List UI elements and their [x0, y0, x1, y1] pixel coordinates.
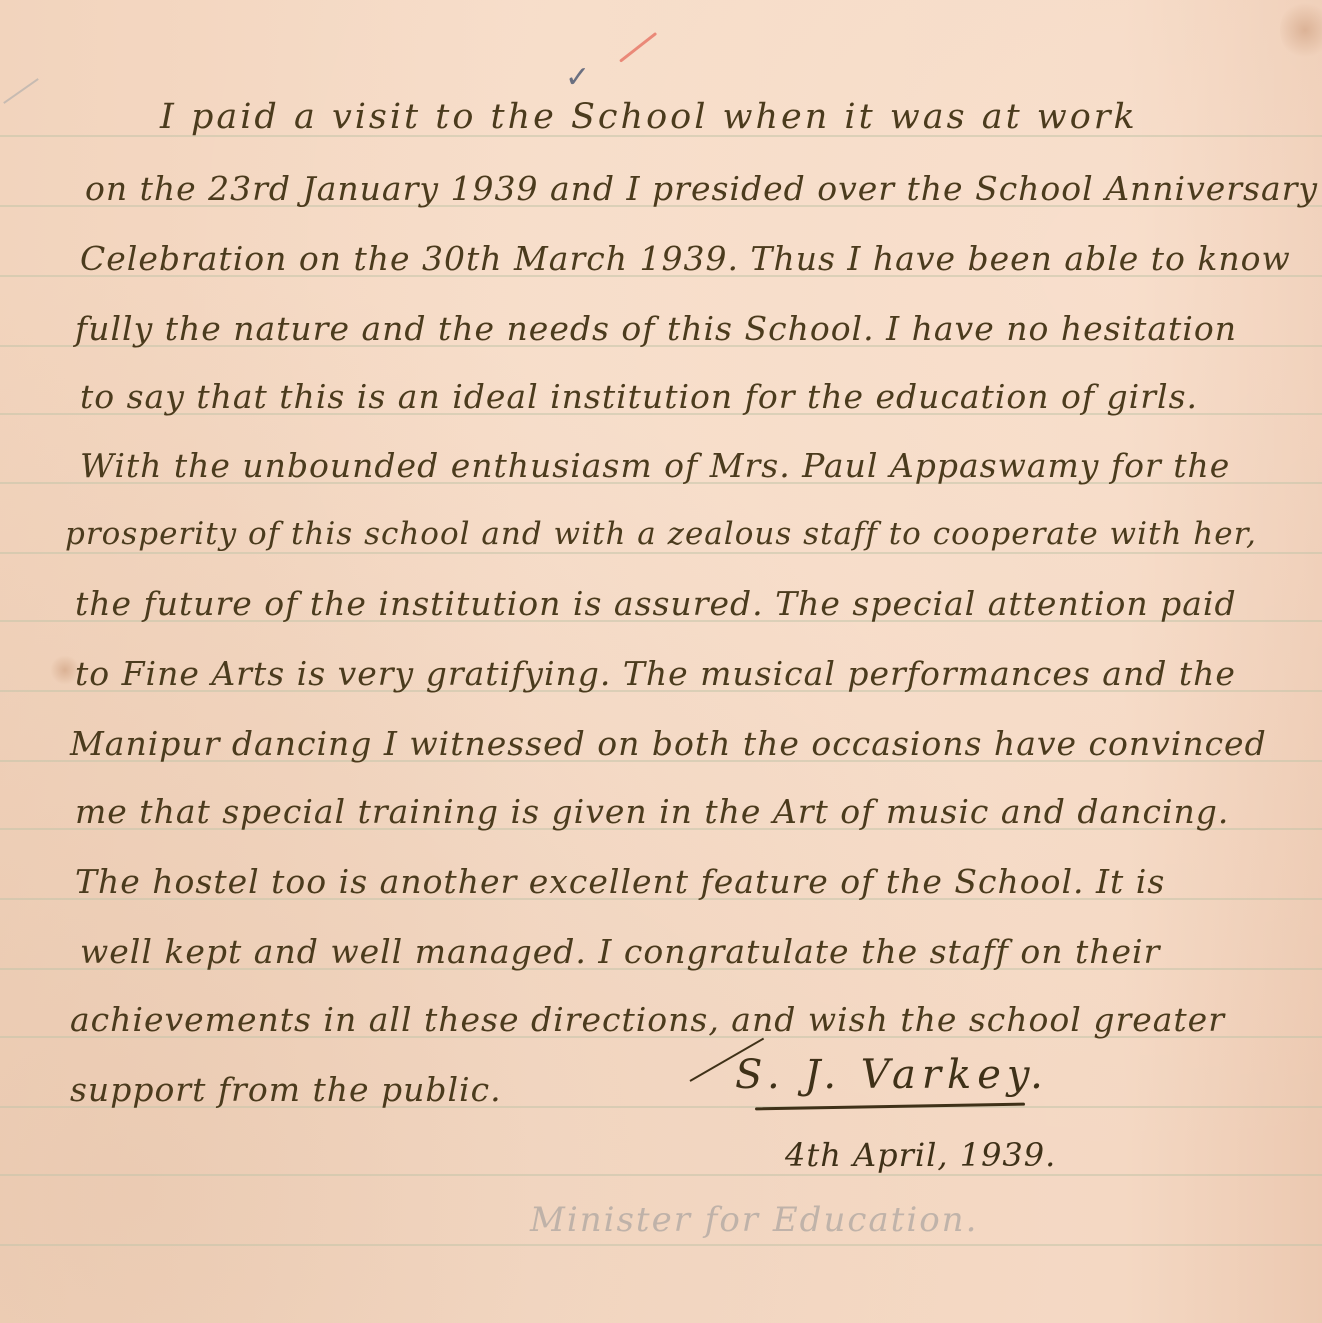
pencil-stroke-mark — [3, 78, 39, 104]
ruled-line — [0, 552, 1322, 554]
ruled-line — [0, 1244, 1322, 1246]
body-line-4: fully the nature and the needs of this S… — [75, 312, 1237, 345]
body-line-10: Manipur dancing I witnessed on both the … — [70, 727, 1267, 760]
body-line-8: the future of the institution is assured… — [75, 587, 1237, 620]
body-line-12: The hostel too is another excellent feat… — [75, 865, 1165, 898]
red-check-icon — [619, 32, 657, 63]
blue-check-icon: ✓ — [565, 60, 590, 95]
document-page: ✓ I paid a visit to the School when it w… — [0, 0, 1322, 1323]
body-line-14: achievements in all these directions, an… — [70, 1003, 1225, 1036]
body-line-7: prosperity of this school and with a zea… — [65, 519, 1257, 550]
body-line-6: With the unbounded enthusiasm of Mrs. Pa… — [80, 449, 1230, 482]
ruled-line — [0, 1174, 1322, 1176]
paper-stain — [1280, 0, 1322, 60]
signature-date: 4th April, 1939. — [785, 1136, 1056, 1174]
body-line-5: to say that this is an ideal institution… — [80, 380, 1198, 413]
body-line-13: well kept and well managed. I congratula… — [80, 935, 1160, 968]
body-line-11: me that special training is given in the… — [75, 795, 1229, 828]
signature: S. J. Varkey. — [735, 1052, 1049, 1098]
pencil-annotation: Minister for Education. — [530, 1200, 978, 1240]
body-line-2: on the 23rd January 1939 and I presided … — [85, 172, 1318, 205]
body-line-15: support from the public. — [70, 1073, 502, 1106]
body-line-1: I paid a visit to the School when it was… — [160, 100, 1138, 135]
body-line-9: to Fine Arts is very gratifying. The mus… — [75, 657, 1236, 690]
body-line-3: Celebration on the 30th March 1939. Thus… — [80, 242, 1291, 275]
